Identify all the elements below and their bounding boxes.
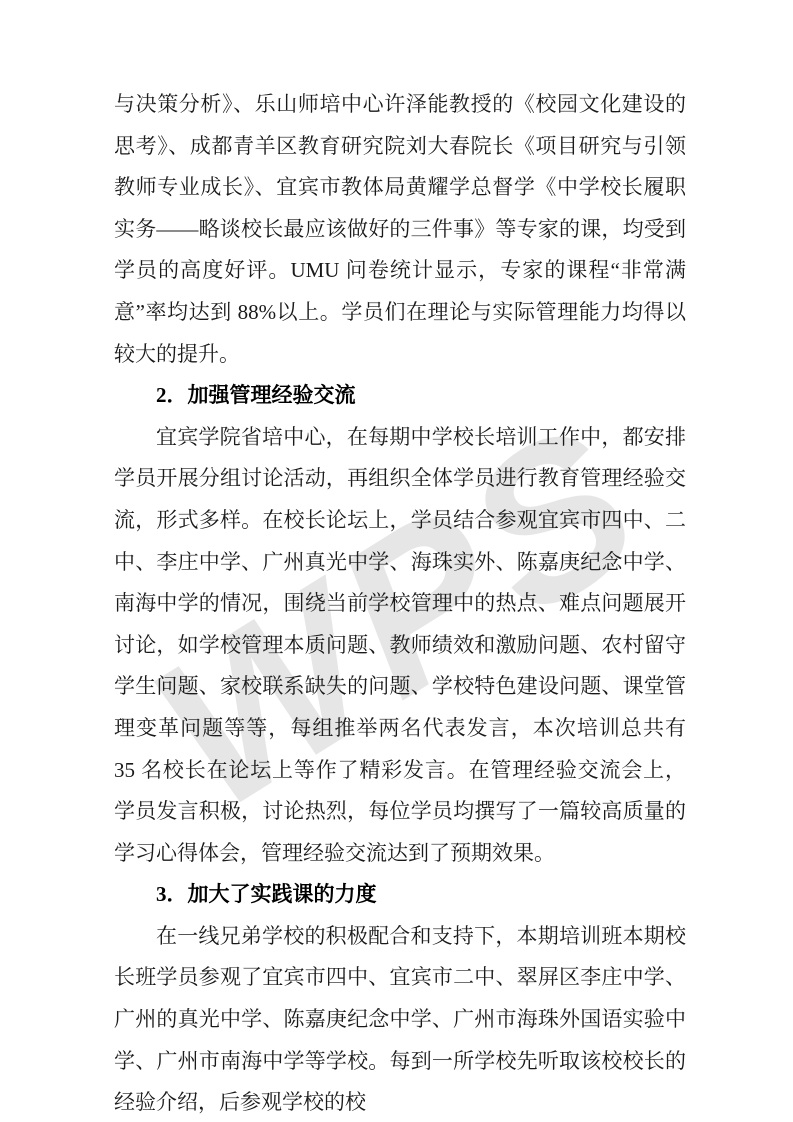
paragraph-expert-courses-continuation: 与决策分析》、乐山师培中心许泽能教授的《校园文化建设的思考》、成都青羊区教育研究… <box>114 84 686 375</box>
section-heading-3: 3．加大了实践课的力度 <box>114 874 686 916</box>
document-content: 与决策分析》、乐山师培中心许泽能教授的《校园文化建设的思考》、成都青羊区教育研究… <box>114 84 686 1122</box>
document-page: WPS 与决策分析》、乐山师培中心许泽能教授的《校园文化建设的思考》、成都青羊区… <box>0 0 793 1122</box>
paragraph-management-experience-exchange: 宜宾学院省培中心，在每期中学校长培训工作中，都安排学员开展分组讨论活动，再组织全… <box>114 417 686 875</box>
paragraph-practice-course-visits: 在一线兄弟学校的积极配合和支持下，本期培训班本期校长班学员参观了宜宾市四中、宜宾… <box>114 916 686 1122</box>
section-heading-2: 2．加强管理经验交流 <box>114 375 686 417</box>
